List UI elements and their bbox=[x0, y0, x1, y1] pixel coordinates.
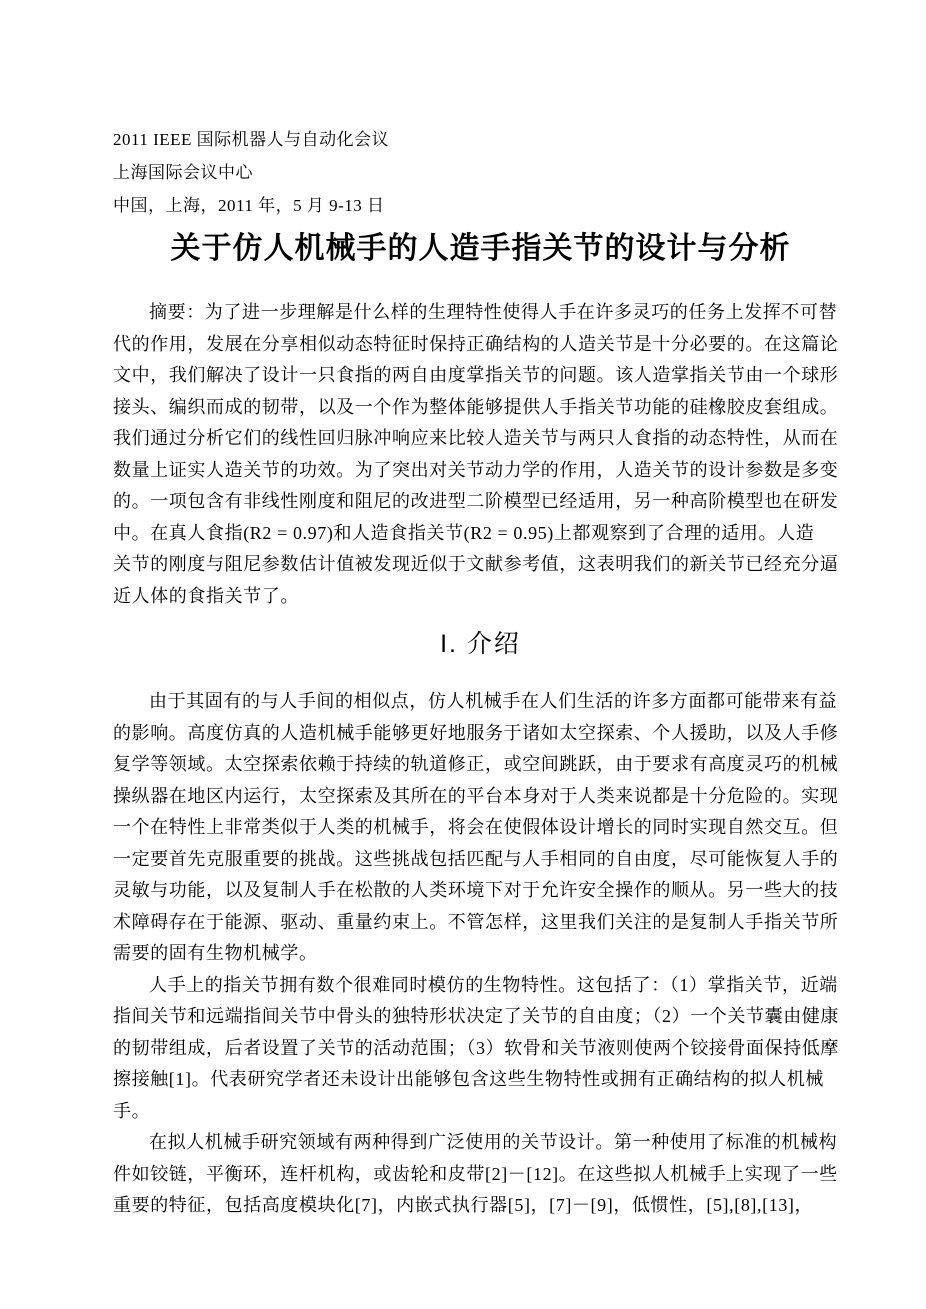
document-header: 2011 IEEE 国际机器人与自动化会议 上海国际会议中心 中国，上海，201… bbox=[113, 123, 848, 222]
abstract-paragraph: 摘要：为了进一步理解是什么样的生理特性使得人手在许多灵巧的任务上发挥不可替代的作… bbox=[113, 297, 848, 612]
text-line: 数量上证实人造关节的功效。为了突出对关节动力学的作用，人造关节的设计参数是多变 bbox=[113, 455, 848, 487]
text-line: 摘要：为了进一步理解是什么样的生理特性使得人手在许多灵巧的任务上发挥不可替 bbox=[113, 297, 848, 329]
text-line: 接头、编织而成的韧带，以及一个作为整体能够提供人手指关节功能的硅橡胶皮套组成。 bbox=[113, 392, 848, 424]
text-line: 手。 bbox=[113, 1096, 848, 1128]
document-page: 2011 IEEE 国际机器人与自动化会议 上海国际会议中心 中国，上海，201… bbox=[0, 0, 926, 1309]
text-line: 擦接触[1]。代表研究学者还未设计出能够包含这些生物特性或拥有正确结构的拟人机械 bbox=[113, 1064, 848, 1096]
text-line: 指间关节和远端指间关节中骨头的独特形状决定了关节的自由度；（2）一个关节囊由健康 bbox=[113, 1001, 848, 1033]
text-line: 关节的刚度与阻尼参数估计值被发现近似于文献参考值，这表明我们的新关节已经充分逼 bbox=[113, 549, 848, 581]
page-content: 2011 IEEE 国际机器人与自动化会议 上海国际会议中心 中国，上海，201… bbox=[0, 0, 926, 1222]
text-line: 的韧带组成，后者设置了关节的活动范围；（3）软骨和关节液则使两个铰接骨面保持低摩 bbox=[113, 1033, 848, 1065]
paper-title: 关于仿人机械手的人造手指关节的设计与分析 bbox=[113, 228, 848, 270]
text-line: 由于其固有的与人手间的相似点，仿人机械手在人们生活的许多方面都可能带来有益 bbox=[113, 686, 848, 718]
date-location: 中国，上海，2011 年，5 月 9-13 日 bbox=[113, 189, 848, 222]
venue-name: 上海国际会议中心 bbox=[113, 156, 848, 189]
intro-paragraph-3: 在拟人机械手研究领域有两种得到广泛使用的关节设计。第一种使用了标准的机械构件如铰… bbox=[113, 1127, 848, 1222]
text-line: 灵敏与功能，以及复制人手在松散的人类环境下对于允许安全操作的顺从。另一些大的技 bbox=[113, 875, 848, 907]
intro-paragraph-2: 人手上的指关节拥有数个很难同时模仿的生物特性。这包括了：（1）掌指关节，近端指间… bbox=[113, 970, 848, 1128]
conference-name: 2011 IEEE 国际机器人与自动化会议 bbox=[113, 123, 848, 156]
text-line: 重要的特征，包括高度模块化[7]，内嵌式执行器[5]，[7]－[9]，低惯性，[… bbox=[113, 1190, 848, 1222]
section-heading-introduction: I. 介绍 bbox=[113, 626, 848, 662]
text-line: 近人体的食指关节了。 bbox=[113, 581, 848, 613]
text-line: 复学等领域。太空探索依赖于持续的轨道修正，或空间跳跃，由于要求有高度灵巧的机械 bbox=[113, 749, 848, 781]
text-line: 术障碍存在于能源、驱动、重量约束上。不管怎样，这里我们关注的是复制人手指关节所 bbox=[113, 907, 848, 939]
text-line: 的影响。高度仿真的人造机械手能够更好地服务于诸如太空探索、个人援助，以及人手修 bbox=[113, 718, 848, 750]
text-line: 在拟人机械手研究领域有两种得到广泛使用的关节设计。第一种使用了标准的机械构 bbox=[113, 1127, 848, 1159]
text-line: 文中，我们解决了设计一只食指的两自由度掌指关节的问题。该人造掌指关节由一个球形 bbox=[113, 360, 848, 392]
text-line: 的。一项包含有非线性刚度和阻尼的改进型二阶模型已经适用，另一种高阶模型也在研发 bbox=[113, 486, 848, 518]
text-line: 中。在真人食指(R2 = 0.97)和人造食指关节(R2 = 0.95)上都观察… bbox=[113, 518, 848, 550]
text-line: 我们通过分析它们的线性回归脉冲响应来比较人造关节与两只人食指的动态特性，从而在 bbox=[113, 423, 848, 455]
text-line: 操纵器在地区内运行，太空探索及其所在的平台本身对于人类来说都是十分危险的。实现 bbox=[113, 781, 848, 813]
text-line: 代的作用，发展在分享相似动态特征时保持正确结构的人造关节是十分必要的。在这篇论 bbox=[113, 329, 848, 361]
text-line: 人手上的指关节拥有数个很难同时模仿的生物特性。这包括了：（1）掌指关节，近端 bbox=[113, 970, 848, 1002]
text-line: 件如铰链，平衡环，连杆机构，或齿轮和皮带[2]－[12]。在这些拟人机械手上实现… bbox=[113, 1159, 848, 1191]
intro-paragraph-1: 由于其固有的与人手间的相似点，仿人机械手在人们生活的许多方面都可能带来有益的影响… bbox=[113, 686, 848, 970]
text-line: 一个在特性上非常类似于人类的机械手，将会在使假体设计增长的同时实现自然交互。但 bbox=[113, 812, 848, 844]
text-line: 一定要首先克服重要的挑战。这些挑战包括匹配与人手相同的自由度，尽可能恢复人手的 bbox=[113, 844, 848, 876]
text-line: 需要的固有生物机械学。 bbox=[113, 938, 848, 970]
